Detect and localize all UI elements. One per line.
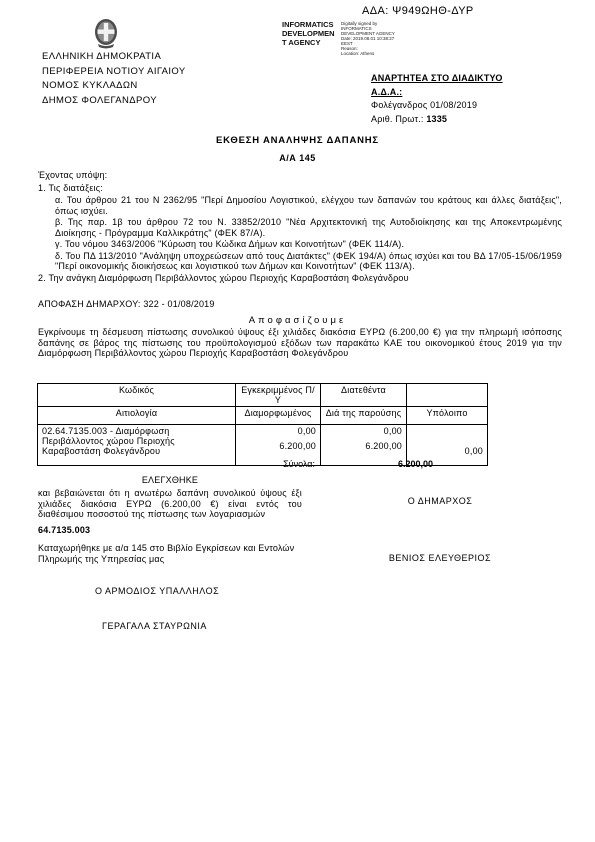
decide-heading: Αποφασίζουμε (0, 315, 595, 326)
protocol-label: Αριθ. Πρωτ.: (371, 114, 424, 124)
col-header-approved-budget: Εγκεκριμμένος Π/Υ (236, 384, 321, 407)
checked-heading: ΕΛΕΓΧΘΗΚΕ (38, 475, 302, 486)
digital-signature-agency: INFORMATICS DEVELOPMEN T AGENCY (282, 20, 335, 47)
remainder-value: 0,00 (411, 426, 483, 456)
col-header-remainder: Υπόλοιπο (407, 407, 488, 425)
provisions-label: 1. Τις διατάξεις: (38, 183, 562, 194)
preamble-section: Έχοντας υπόψη: 1. Τις διατάξεις: α. Του … (38, 170, 562, 285)
allocated-initial-value: 0,00 (325, 426, 402, 436)
posting-ada-label: Α.Δ.Α.: (371, 86, 503, 100)
document-serial-number: Α/Α 145 (0, 153, 595, 163)
mayor-title: Ο ΔΗΜΑΡΧΟΣ (375, 496, 505, 507)
totals-value: 6.200,00 (315, 459, 433, 469)
need-item: 2. Την ανάγκη Διαμόρφωση Περιβάλλοντος χ… (38, 273, 562, 284)
digital-signature-details: Digitally signed by INFORMATICS DEVELOPM… (341, 21, 395, 56)
registered-paragraph: Καταχωρήθηκε με α/α 145 στο Βιβλίο Εγκρί… (38, 543, 302, 564)
checked-paragraph: και βεβαιώνεται ότι η ανωτέρω δαπάνη συν… (38, 488, 302, 520)
legal-item-d: δ. Του ΠΔ 113/2010 "Ανάληψη υποχρεώσεων … (55, 251, 562, 272)
approval-paragraph: Εγκρίνουμε τη δέσμευση πίστωσης συνολικο… (38, 327, 562, 359)
mayor-name: ΒΕΝΙΟΣ ΕΛΕΥΘΕΡΙΟΣ (365, 553, 515, 564)
clerk-title: Ο ΑΡΜΟΔΙΟΣ ΥΠΑΛΛΗΛΟΣ (95, 586, 219, 597)
ada-code: ΑΔΑ: Ψ949ΩΗΘ-ΔΥΡ (362, 5, 474, 17)
org-line-municipality: ΔΗΜΟΣ ΦΟΛΕΓΑΝΔΡΟΥ (42, 94, 186, 109)
totals-label: Σύνολα: (37, 459, 315, 469)
document-title: ΕΚΘΕΣΗ ΑΝΑΛΗΨΗΣ ΔΑΠΑΝΗΣ (0, 135, 595, 146)
allocated-current-value: 6.200,00 (325, 441, 402, 451)
org-line-prefecture: ΝΟΜΟΣ ΚΥΚΛΑΔΩΝ (42, 79, 186, 94)
posting-internet-label: ΑΝΑΡΤΗΤΕΑ ΣΤΟ ΔΙΑΔΙΚΤΥΟ (371, 72, 503, 86)
org-line-region: ΠΕΡΙΦΕΡΕΙΑ ΝΟΤΙΟΥ ΑΙΓΑΙΟΥ (42, 65, 186, 80)
legal-item-b: β. Της παρ. 1β του άρθρου 72 του Ν. 3385… (55, 217, 562, 238)
approved-current-value: 6.200,00 (240, 441, 316, 451)
legal-item-c: γ. Του νόμου 3463/2006 "Κύρωση του Κώδικ… (55, 239, 562, 250)
having-regard-label: Έχοντας υπόψη: (38, 170, 562, 181)
document-page: ΑΔΑ: Ψ949ΩΗΘ-ΔΥΡ INFORMATICS DEVELOPMEN … (0, 0, 595, 842)
issuing-organisation-block: ΕΛΛΗΝΙΚΗ ΔΗΜΟΚΡΑΤΙΑ ΠΕΡΙΦΕΡΕΙΑ ΝΟΤΙΟΥ ΑΙ… (42, 50, 186, 108)
totals-row: Σύνολα:6.200,00 (37, 459, 487, 469)
col-header-by-present: Διά της παρούσης (321, 407, 407, 425)
col-header-allocated: Διατεθέντα (321, 384, 407, 407)
table-header-row-1: Κωδικός Εγκεκριμμένος Π/Υ Διατεθέντα (38, 384, 488, 407)
protocol-number: 1335 (426, 114, 447, 124)
place-date: Φολέγανδρος 01/08/2019 (371, 99, 503, 113)
account-code: 64.7135.003 (38, 525, 90, 536)
legal-items-list: α. Του άρθρου 21 του Ν 2362/95 "Περί Δημ… (38, 195, 562, 272)
col-header-empty (407, 384, 488, 407)
table-header-row-2: Αιτιολογία Διαμορφωμένος Διά της παρούση… (38, 407, 488, 425)
col-header-justification: Αιτιολογία (38, 407, 236, 425)
clerk-name: ΓΕΡΑΓΑΛΑ ΣΤΑΥΡΩΝΙΑ (102, 621, 207, 632)
legal-item-a: α. Του άρθρου 21 του Ν 2362/95 "Περί Δημ… (55, 195, 562, 216)
budget-table: Κωδικός Εγκεκριμμένος Π/Υ Διατεθέντα Αιτ… (37, 383, 488, 466)
protocol-line: Αριθ. Πρωτ.: 1335 (371, 113, 503, 127)
posting-block: ΑΝΑΡΤΗΤΕΑ ΣΤΟ ΔΙΑΔΙΚΤΥΟ Α.Δ.Α.: Φολέγανδ… (371, 72, 503, 126)
mayor-decision-reference: ΑΠΟΦΑΣΗ ΔΗΜΑΡΧΟΥ: 322 - 01/08/2019 (38, 299, 215, 310)
org-line-republic: ΕΛΛΗΝΙΚΗ ΔΗΜΟΚΡΑΤΙΑ (42, 50, 186, 65)
col-header-code: Κωδικός (38, 384, 236, 407)
col-header-formed: Διαμορφωμένος (236, 407, 321, 425)
approved-initial-value: 0,00 (240, 426, 316, 436)
